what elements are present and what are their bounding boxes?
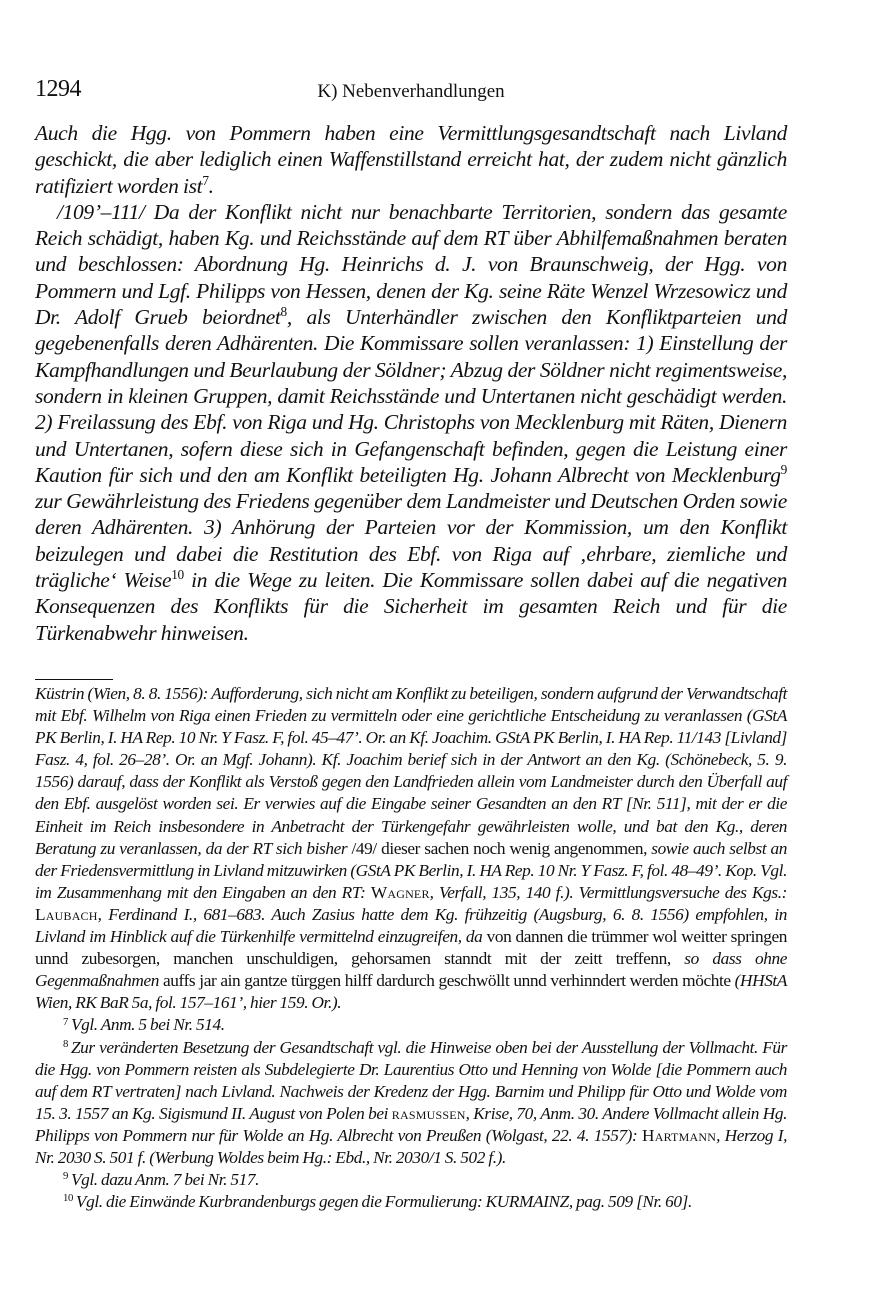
footnote-10: 10Vgl. die Einwände Kurbrandenburgs gege… — [35, 1191, 787, 1213]
author-name: Laubach — [35, 905, 98, 924]
main-text: Auch die Hgg. von Pommern haben eine Ver… — [35, 120, 787, 646]
footnote-ref-10[interactable]: 10 — [171, 567, 184, 582]
running-head: 1294 K) Nebenverhandlungen — [35, 76, 787, 106]
footnote-8: 8Zur veränderten Besetzung der Gesandtsc… — [35, 1037, 787, 1170]
summary-paragraph-2: /109’–111/ Da der Konflikt nicht nur ben… — [35, 199, 787, 646]
footnote-7: 7Vgl. Anm. 5 bei Nr. 514. — [35, 1014, 787, 1036]
summary-paragraph-1: Auch die Hgg. von Pommern haben eine Ver… — [35, 120, 787, 199]
footnote-continuation: Küstrin (Wien, 8. 8. 1556): Aufforderung… — [35, 683, 787, 1014]
author-name: Wagner — [371, 883, 430, 902]
author-name: Hartmann — [642, 1126, 716, 1145]
footnotes: Küstrin (Wien, 8. 8. 1556): Aufforderung… — [35, 683, 787, 1213]
footnote-ref-9[interactable]: 9 — [781, 462, 787, 477]
author-name: rasmussen — [392, 1104, 466, 1123]
running-title: K) Nebenverhandlungen — [35, 81, 787, 103]
footnote-separator — [35, 679, 113, 680]
footnote-9: 9Vgl. dazu Anm. 7 bei Nr. 517. — [35, 1169, 787, 1191]
